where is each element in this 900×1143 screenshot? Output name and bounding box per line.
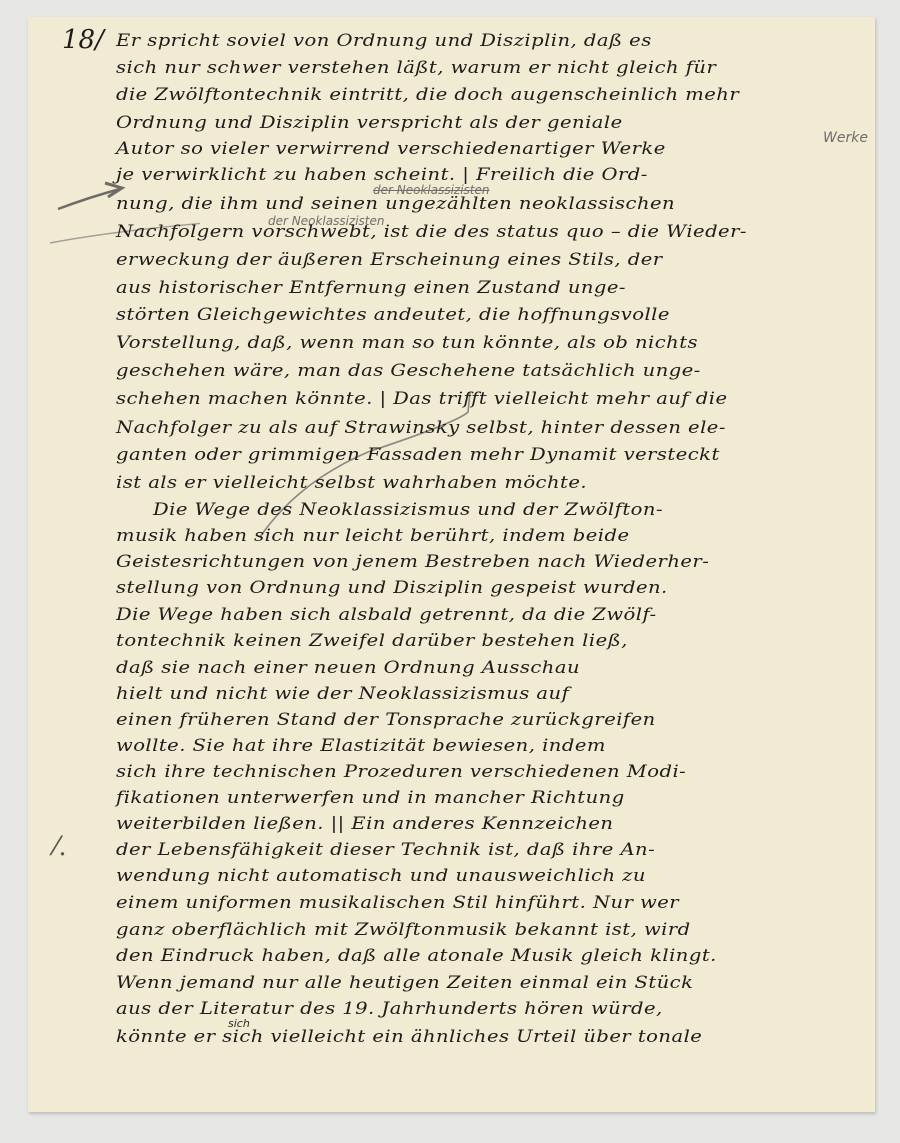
text-line: tontechnik keinen Zweifel darüber besteh… [116, 631, 628, 651]
text-line: Geistesrichtungen von jenem Bestreben na… [116, 552, 709, 572]
text-line: nung, die ihm und seinen ungezählten neo… [116, 194, 675, 214]
page-number: 18/ [62, 25, 104, 55]
text-line: wendung nicht automatisch und unausweich… [116, 866, 646, 886]
text-line: Wenn jemand nur alle heutigen Zeiten ein… [116, 973, 693, 993]
pencil-insertion: Werke [823, 130, 868, 146]
text-line: Ordnung und Disziplin verspricht als der… [116, 113, 623, 133]
text-line: ganz oberflächlich mit Zwölftonmusik bek… [116, 920, 691, 940]
text-line: fikationen unterwerfen und in mancher Ri… [116, 788, 625, 808]
text-line: könnte er sich vielleicht ein ähnliches … [116, 1027, 702, 1047]
text-line: der Lebensfähigkeit dieser Technik ist, … [116, 840, 655, 860]
text-line: Nachfolgern vorschwebt, ist die des stat… [116, 222, 747, 242]
text-line: ganten oder grimmigen Fassaden mehr Dyna… [116, 445, 720, 465]
text-line: Er spricht soviel von Ordnung und Diszip… [116, 31, 652, 51]
text-line: daß sie nach einer neuen Ordnung Ausscha… [116, 658, 580, 678]
text-line: Vorstellung, daß, wenn man so tun könnte… [116, 333, 698, 353]
text-line: einem uniformen musikalischen Stil hinfü… [116, 893, 679, 913]
text-line: wollte. Sie hat ihre Elastizität bewiese… [116, 736, 606, 756]
text-line: schehen machen könnte. | Das trifft viel… [116, 389, 727, 409]
text-line: ist als er vielleicht selbst wahrhaben m… [116, 473, 587, 493]
text-line: sich ihre technischen Prozeduren verschi… [116, 762, 686, 782]
text-line: aus historischer Entfernung einen Zustan… [116, 278, 626, 298]
text-line: je verwirklicht zu haben scheint. | Frei… [116, 165, 648, 185]
text-line: Die Wege des Neoklassizismus und der Zwö… [153, 500, 663, 520]
text-line: erweckung der äußeren Erscheinung eines … [116, 250, 663, 270]
text-line: geschehen wäre, man das Geschehene tatsä… [116, 361, 701, 381]
text-line: störten Gleichgewichtes andeutet, die ho… [116, 305, 670, 325]
text-line: Die Wege haben sich alsbald getrennt, da… [116, 605, 657, 625]
text-line: hielt und nicht wie der Neoklassizismus … [116, 684, 569, 704]
manuscript-page: 18/ ⁄. Er spricht soviel von Ordnung und… [28, 17, 875, 1112]
text-line: weiterbilden ließen. || Ein anderes Kenn… [116, 814, 613, 834]
text-line: Autor so vieler verwirrend verschiedenar… [116, 139, 666, 159]
text-line: den Eindruck haben, daß alle atonale Mus… [116, 946, 717, 966]
text-line: aus der Literatur des 19. Jahrhunderts h… [116, 999, 663, 1019]
margin-mark: ⁄. [54, 832, 67, 862]
text-line: die Zwölftontechnik eintritt, die doch a… [116, 85, 739, 105]
text-line: Nachfolger zu als auf Strawinsky selbst,… [116, 418, 726, 438]
text-line: einen früheren Stand der Tonsprache zurü… [116, 710, 656, 730]
text-line: stellung von Ordnung und Disziplin gespe… [116, 578, 668, 598]
text-line: musik haben sich nur leicht berührt, ind… [116, 526, 630, 546]
text-line: sich nur schwer verstehen läßt, warum er… [116, 58, 716, 78]
